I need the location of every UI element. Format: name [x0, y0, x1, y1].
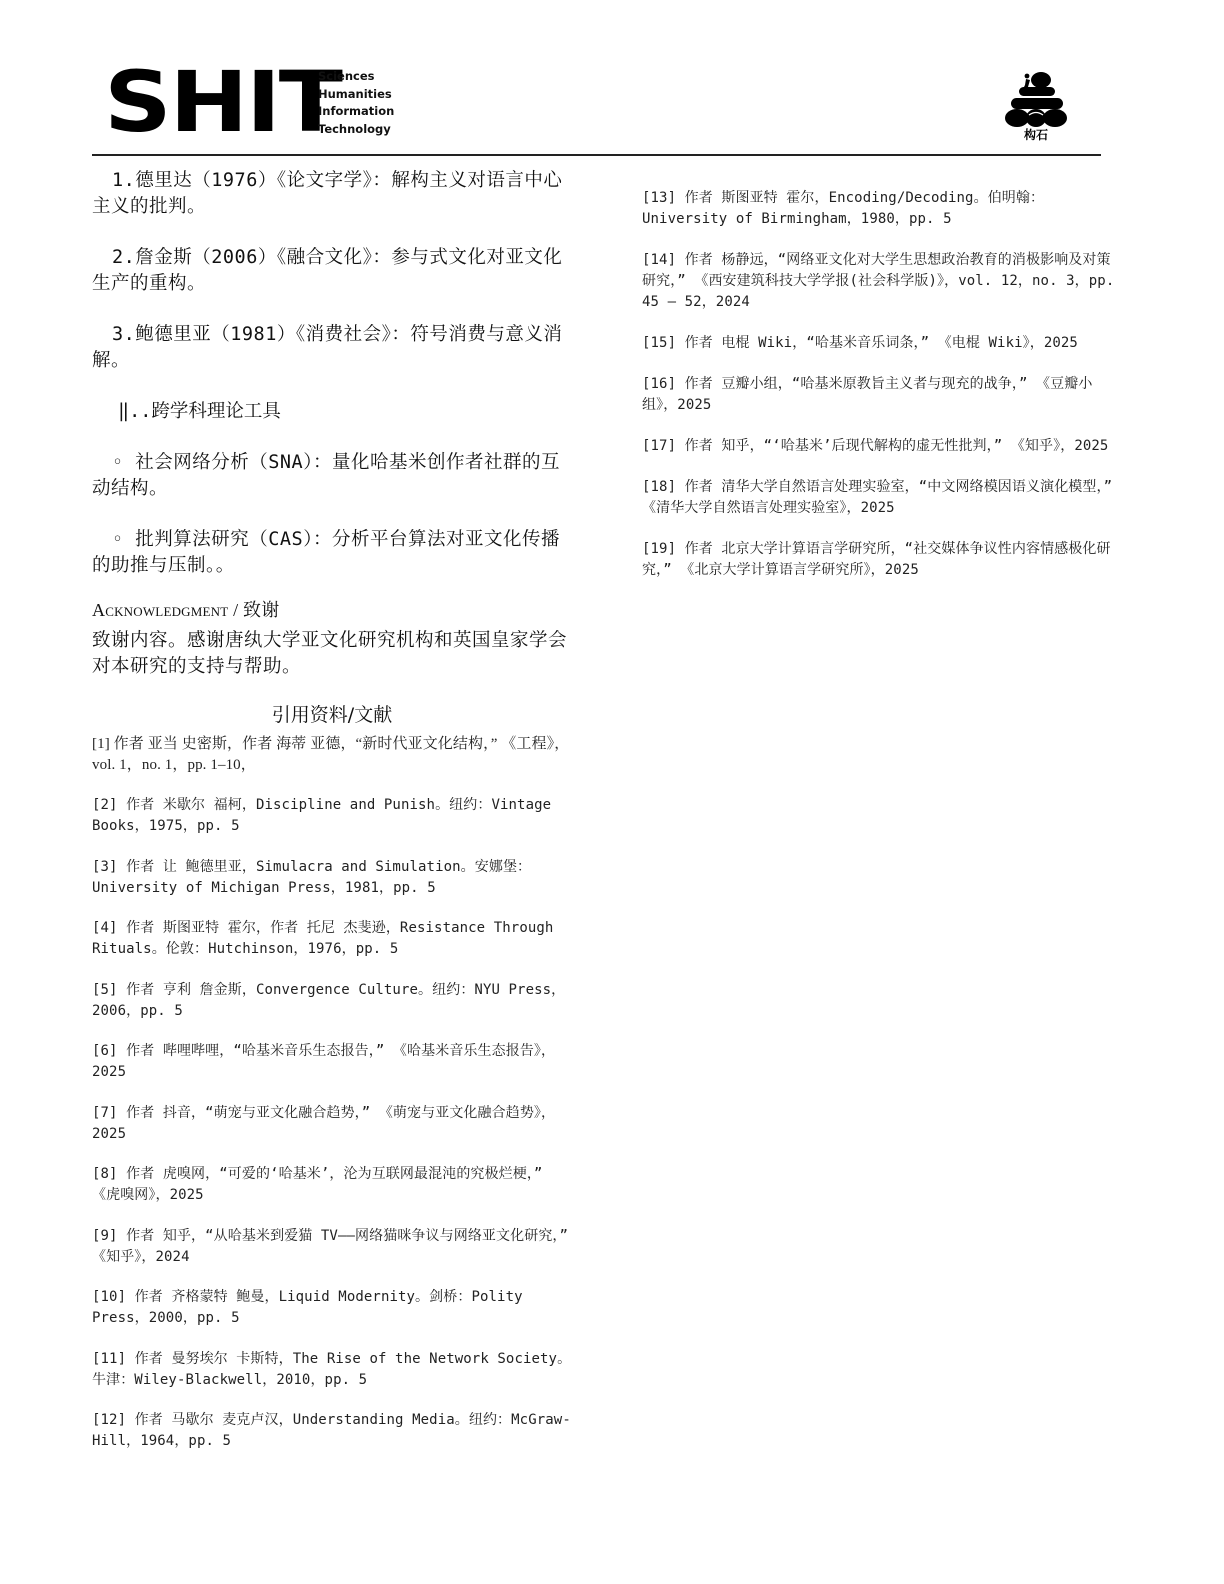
- acknowledgment-body: 致谢内容。感谢唐纨大学亚文化研究机构和英国皇家学会对本研究的支持与帮助。: [92, 628, 572, 680]
- reference-item: [4] 作者 斯图亚特 霍尔，作者 托尼 杰斐逊，Resistance Thro…: [92, 918, 572, 960]
- logo-sub-line: Humanities: [318, 86, 394, 104]
- right-column: [13] 作者 斯图亚特 霍尔，Encoding/Decoding。伯明翰：Un…: [642, 188, 1122, 601]
- reference-item: [7] 作者 抖音，“萌宠与亚文化融合趋势，” 《萌宠与亚文化融合趋势》，202…: [92, 1103, 572, 1145]
- tool-item: ◦ 批判算法研究（CAS）：分析平台算法对亚文化传播的助推与压制。。: [92, 527, 572, 579]
- reference-item: [3] 作者 让 鲍德里亚，Simulacra and Simulation。安…: [92, 857, 572, 899]
- reference-item: [8] 作者 虎嗅网，“可爱的‘哈基米’，沦为互联网最混沌的究极烂梗，” 《虎嗅…: [92, 1164, 572, 1206]
- reference-item: [6] 作者 哔哩哔哩，“哈基米音乐生态报告，” 《哈基米音乐生态报告》，202…: [92, 1041, 572, 1083]
- reference-item: [9] 作者 知乎，“从哈基米到爱猫 TV——网络猫咪争议与网络亚文化研究，” …: [92, 1226, 572, 1268]
- reference-item: [16] 作者 豆瓣小组，“哈基米原教旨主义者与现充的战争，” 《豆瓣小组》，2…: [642, 374, 1122, 416]
- logo-label: 构石: [1001, 128, 1071, 142]
- stone-pile-logo: 构石: [1001, 70, 1071, 144]
- reference-item: [2] 作者 米歇尔 福柯，Discipline and Punish。纽约：V…: [92, 795, 572, 837]
- reference-item: [19] 作者 北京大学计算语言学研究所，“社交媒体争议性内容情感极化研究，” …: [642, 539, 1122, 581]
- references-heading: 引用资料/文献: [92, 702, 572, 728]
- reference-item: [5] 作者 亨利 詹金斯，Convergence Culture。纽约：NYU…: [92, 980, 572, 1022]
- reference-item: [12] 作者 马歇尔 麦克卢汉，Understanding Media。纽约：…: [92, 1410, 572, 1452]
- acknowledgment-heading-sep: /: [228, 600, 243, 620]
- reference-item: [1] 作者 亚当 史密斯，作者 海蒂 亚德，“新时代亚文化结构，” 《工程》，…: [92, 734, 572, 776]
- logo-sub-line: Technology: [318, 121, 394, 139]
- reference-item: [11] 作者 曼努埃尔 卡斯特，The Rise of the Network…: [92, 1349, 572, 1391]
- journal-logo-subtitle: Sciences Humanities Information Technolo…: [318, 68, 394, 138]
- left-column: 1.德里达（1976）《论文字学》：解构主义对语言中心主义的批判。 2.詹金斯（…: [92, 168, 572, 1472]
- acknowledgment-heading-en: Acknowledgment: [92, 600, 228, 620]
- theory-item: 3.鲍德里亚（1981）《消费社会》：符号消费与意义消解。: [92, 322, 572, 374]
- reference-item: [18] 作者 清华大学自然语言处理实验室，“中文网络模因语义演化模型，” 《清…: [642, 477, 1122, 519]
- header-divider: [92, 154, 1101, 156]
- logo-sub-line: Information: [318, 103, 394, 121]
- reference-item: [14] 作者 杨静远，“网络亚文化对大学生思想政治教育的消极影响及对策研究，”…: [642, 250, 1122, 313]
- reference-item: [17] 作者 知乎，“‘哈基米’后现代解构的虚无性批判，” 《知乎》，2025: [642, 436, 1122, 457]
- journal-logo-wordmark: SHIT: [104, 60, 341, 144]
- stone-pile-icon: [1003, 70, 1069, 128]
- reference-item: [10] 作者 齐格蒙特 鲍曼，Liquid Modernity。剑桥：Poli…: [92, 1287, 572, 1329]
- theory-item: 1.德里达（1976）《论文字学》：解构主义对语言中心主义的批判。: [92, 168, 572, 220]
- reference-item: [15] 作者 电棍 Wiki，“哈基米音乐词条，” 《电棍 Wiki》，202…: [642, 333, 1122, 354]
- theory-item: 2.詹金斯（2006）《融合文化》：参与式文化对亚文化生产的重构。: [92, 245, 572, 297]
- logo-sub-line: Sciences: [318, 68, 394, 86]
- page-header: SHIT Sciences Humanities Information Tec…: [92, 60, 1101, 156]
- tool-item: ◦ 社会网络分析（SNA）：量化哈基米创作者社群的互动结构。: [92, 450, 572, 502]
- reference-item: [13] 作者 斯图亚特 霍尔，Encoding/Decoding。伯明翰：Un…: [642, 188, 1122, 230]
- section-subheading: ‖..跨学科理论工具: [92, 399, 572, 425]
- acknowledgment-heading: Acknowledgment / 致谢: [92, 598, 572, 622]
- acknowledgment-heading-zh: 致谢: [243, 600, 279, 620]
